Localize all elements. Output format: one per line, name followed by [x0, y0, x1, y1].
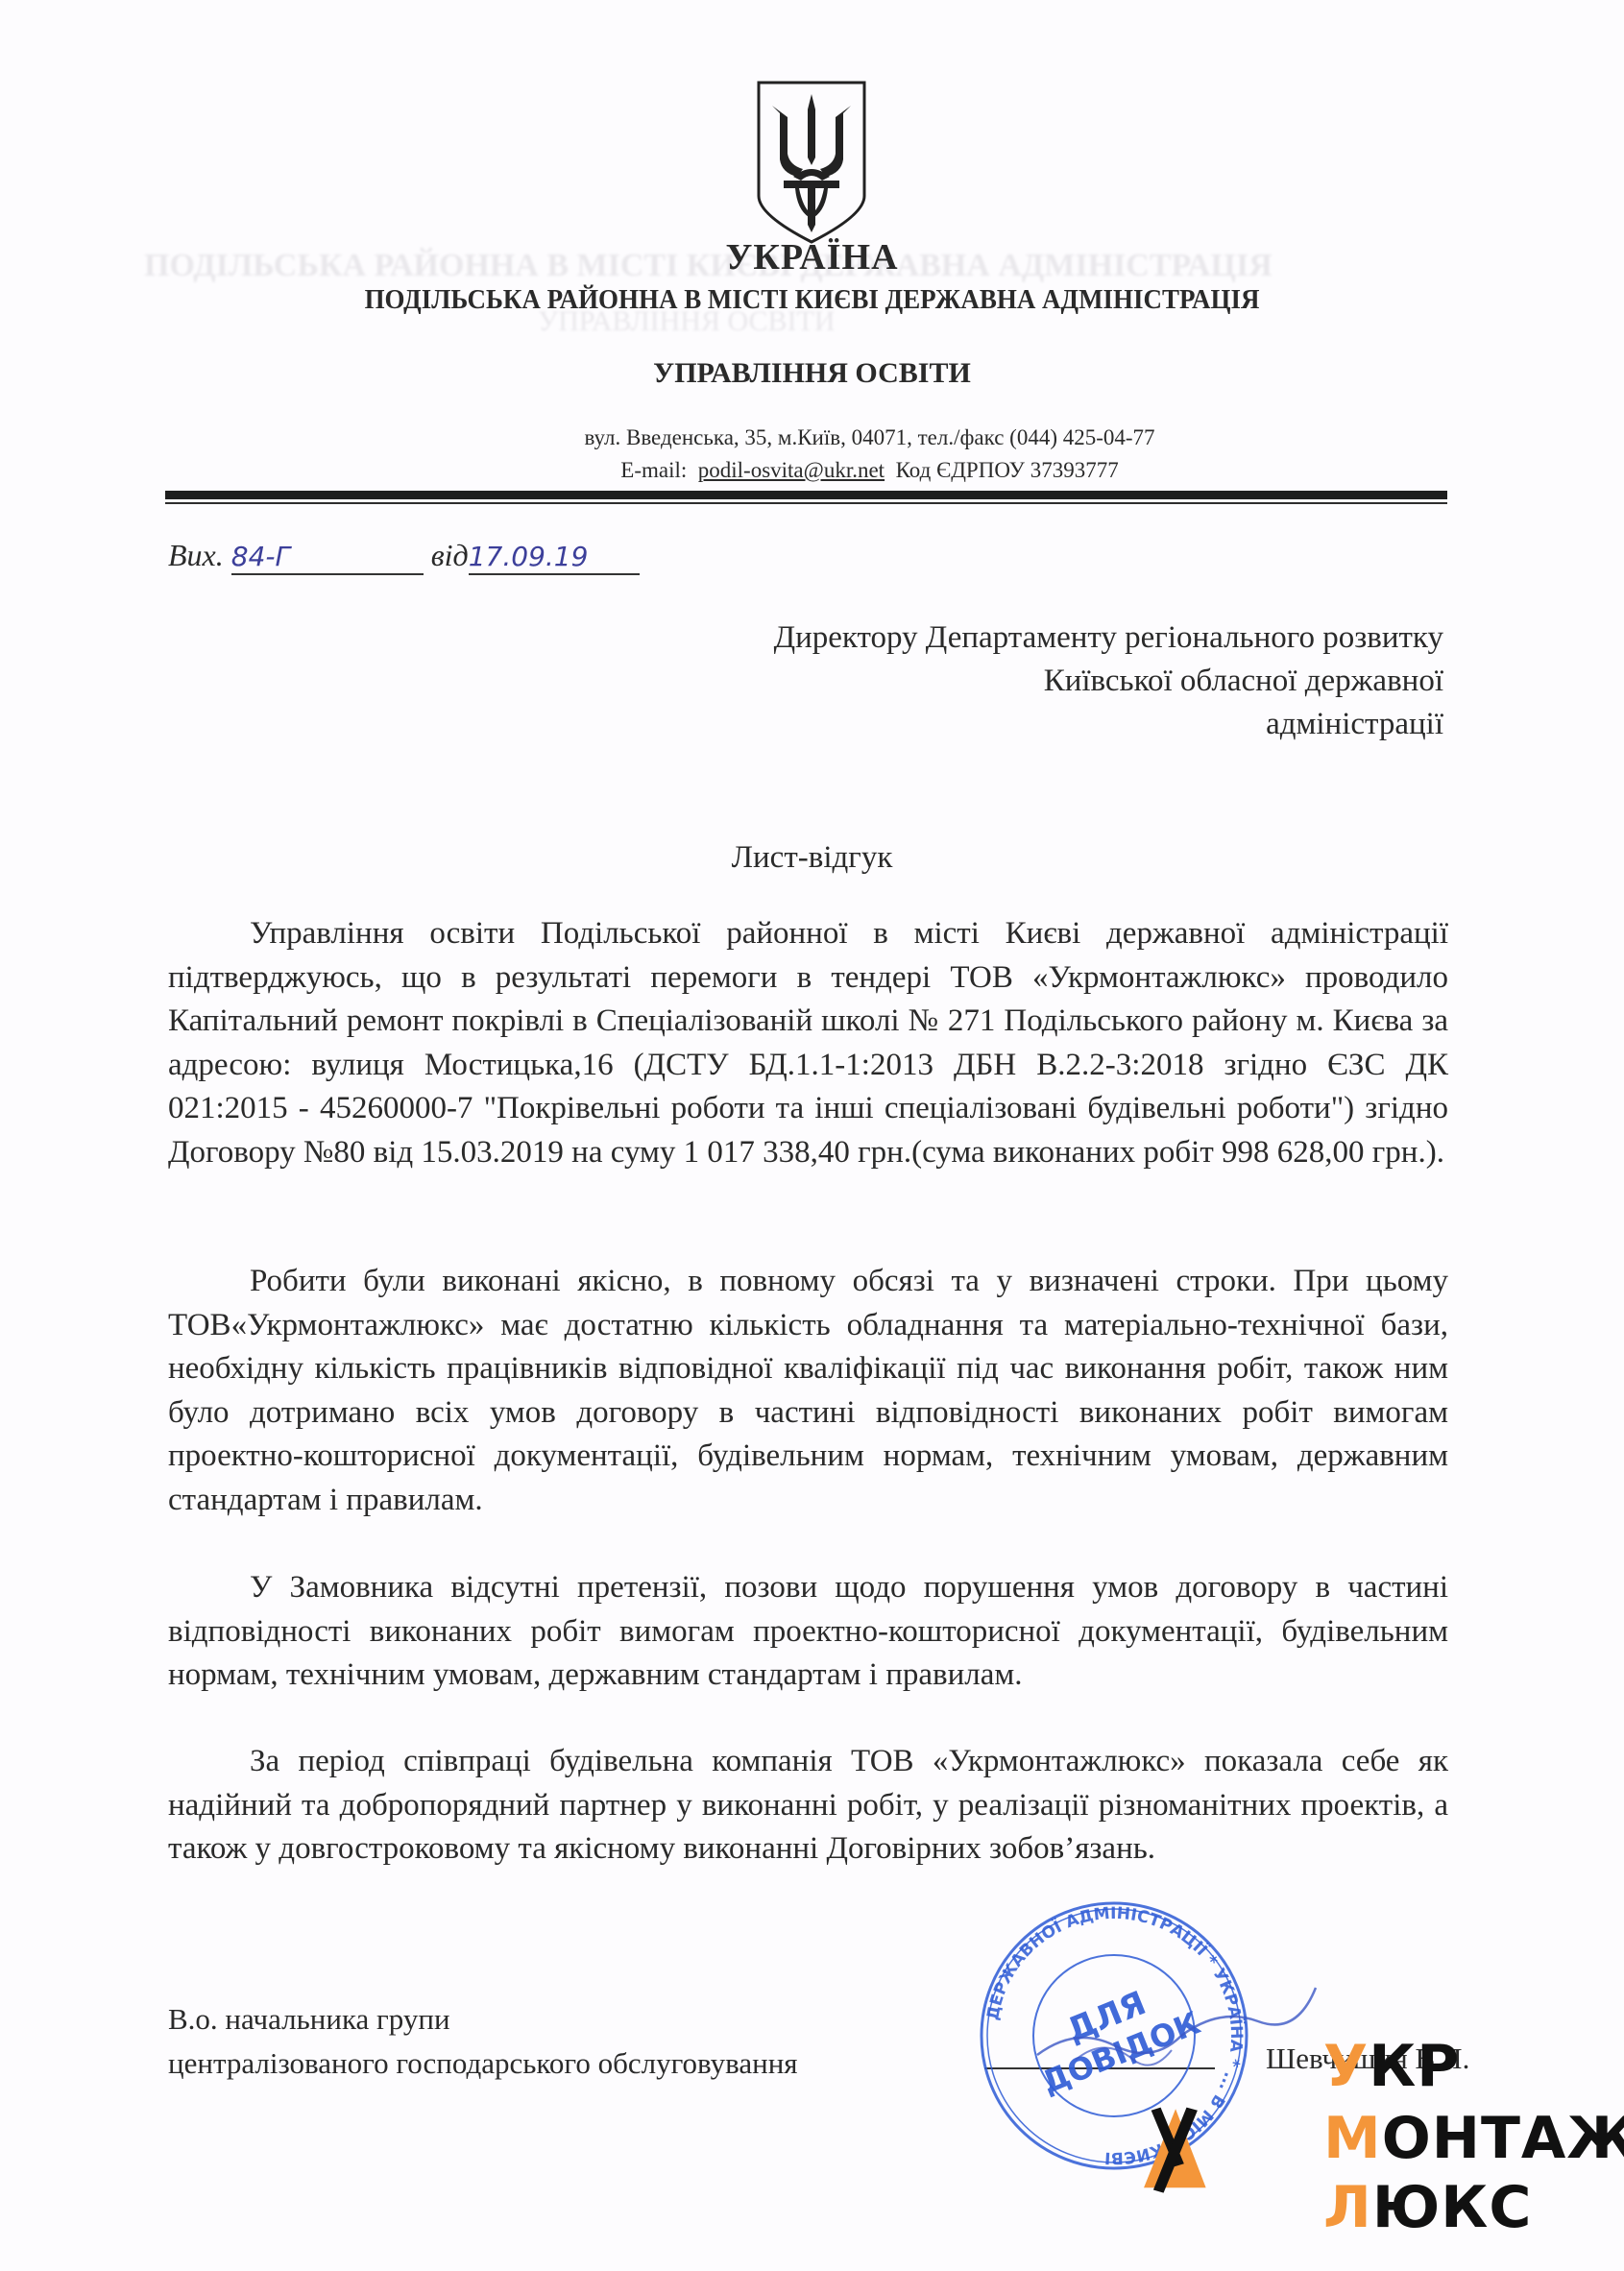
contact-address: вул. Введенська, 35, м.Київ, 04071, тел.… [0, 425, 1624, 450]
paragraph-text: Робити були виконані якісно, в повному о… [168, 1260, 1448, 1522]
letter-title: Лист-відгук [0, 840, 1624, 876]
edrpou-label: Код ЄДРПОУ [896, 458, 1025, 482]
coat-of-arms-icon [755, 81, 868, 244]
body-paragraph-4: За період співпраці будівельна компанія … [168, 1740, 1448, 1872]
addressee-block: Директору Департаменту регіонального роз… [774, 616, 1443, 746]
header-divider-thick [165, 491, 1447, 499]
country-title: УКРАЇНА [0, 236, 1624, 278]
outgoing-date-label: від [431, 538, 469, 572]
body-paragraph-3: У Замовника відсутні претензії, позови щ… [168, 1566, 1448, 1698]
outgoing-number: 84-Г [231, 541, 290, 572]
position-line: В.о. начальника групи [168, 1997, 798, 2041]
edrpou-code: 37393777 [1030, 458, 1119, 482]
addressee-line: Директору Департаменту регіонального роз… [774, 616, 1443, 660]
outgoing-reference: Вих. 84-Г від17.09.19 [168, 538, 640, 575]
outgoing-number-label: Вих. [168, 538, 224, 572]
body-paragraph-1: Управління освіти Подільської районної в… [168, 912, 1448, 1174]
addressee-line: адміністрації [774, 703, 1443, 746]
authority-title: ПОДІЛЬСЬКА РАЙОННА В МІСТІ КИЄВІ ДЕРЖАВН… [57, 284, 1567, 316]
paragraph-text: У Замовника відсутні претензії, позови щ… [168, 1566, 1448, 1698]
logo-text-line-1: УКР [1323, 2033, 1460, 2100]
header-divider-thin [165, 502, 1447, 504]
department-title: УПРАВЛІННЯ ОСВІТИ [0, 357, 1624, 390]
logo-text-line-3: ЛЮКС [1323, 2174, 1532, 2241]
paragraph-text: Управління освіти Подільської районної в… [168, 912, 1448, 1174]
email-link[interactable]: podil-osvita@ukr.net [698, 458, 885, 482]
body-paragraph-2: Робити були виконані якісно, в повному о… [168, 1260, 1448, 1522]
document-page: ПОДІЛЬСЬКА РАЙОННА В МІСТІ КИЄВІ ДЕРЖАВН… [0, 0, 1624, 2271]
position-line: централізованого господарського обслугов… [168, 2041, 798, 2086]
outgoing-date: 17.09.19 [469, 541, 589, 572]
signatory-position: В.о. начальника групи централізованого г… [168, 1997, 798, 2086]
logo-text-line-2: МОНТАЖ [1323, 2105, 1624, 2172]
email-label: E-mail: [620, 458, 687, 482]
contact-email-line: E-mail: podil-osvita@ukr.net Код ЄДРПОУ … [0, 458, 1624, 483]
ukrmontazhlux-logo-icon [1141, 2034, 1323, 2264]
paragraph-text: За період співпраці будівельна компанія … [168, 1740, 1448, 1872]
addressee-line: Київської обласної державної [774, 660, 1443, 703]
